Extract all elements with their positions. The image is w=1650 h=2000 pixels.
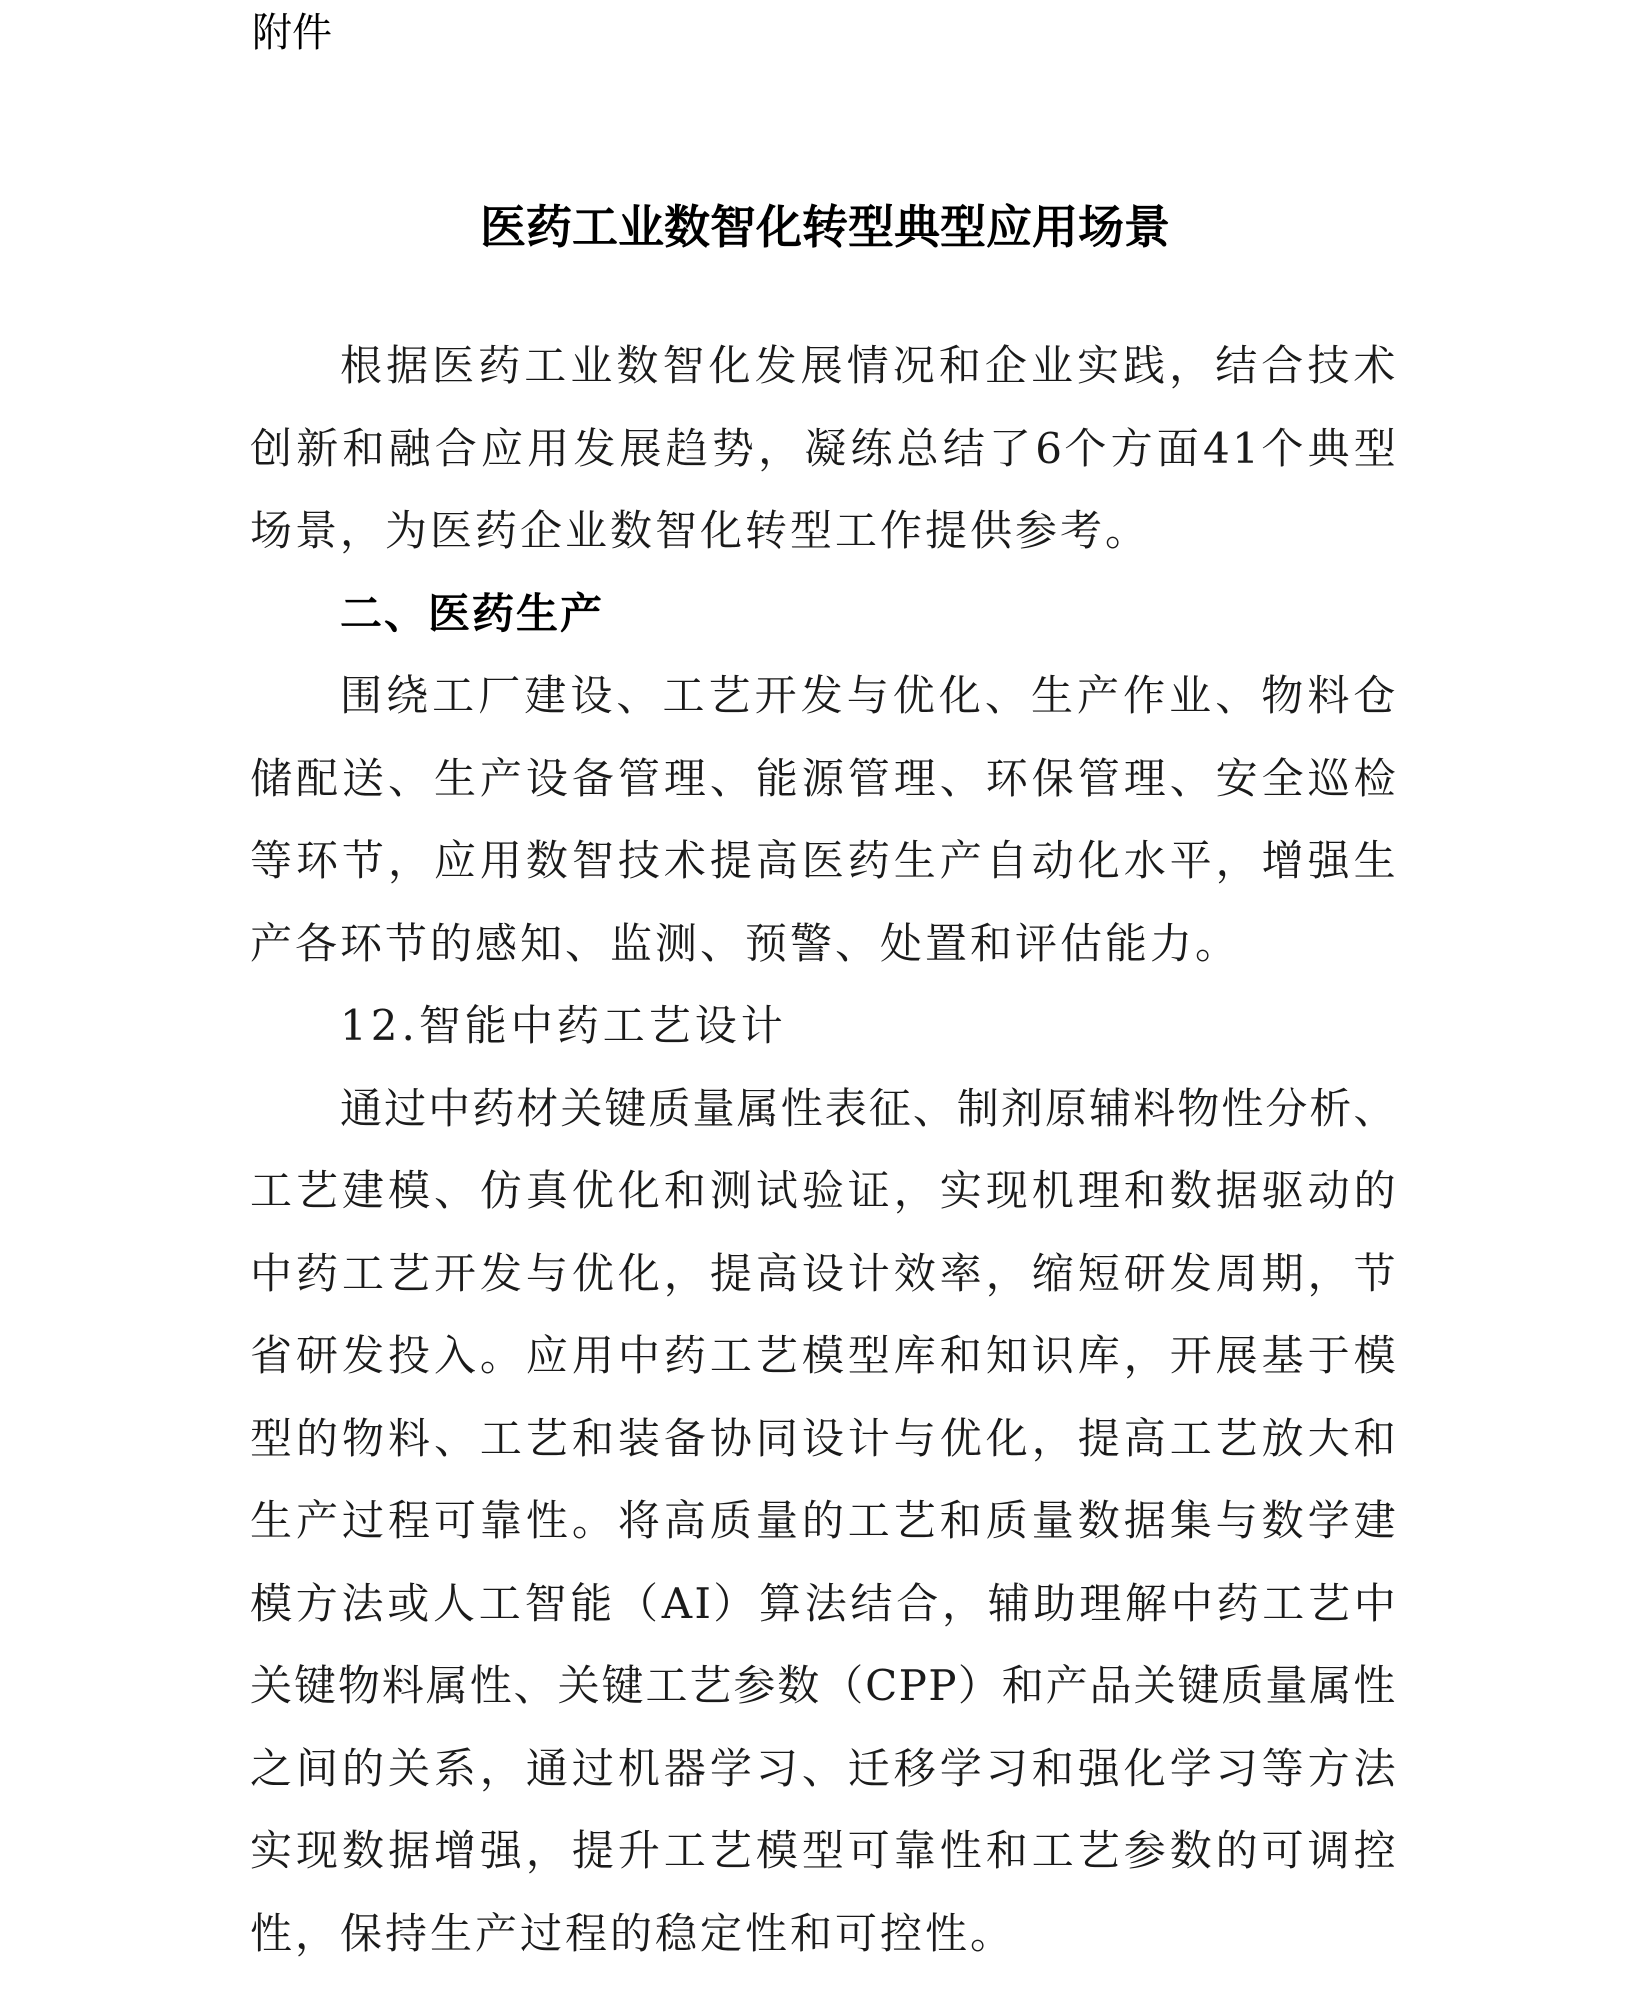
scenario-paragraph: 通 过 中 药 材 关 键 质 量 属 性 表 征 、 制 剂 原 辅 料 物 …	[250, 1068, 1396, 1976]
section-paragraph: 围 绕 工 厂 建 设 、 工 艺 开 发 与 优 化 、 生 产 作 业 、 …	[250, 655, 1396, 985]
intro-line: 根 据 医 药 工 业 数 智 化 发 展 情 况 和 企 业 实 践 ， 结 …	[250, 325, 1396, 408]
scenario-line: 之 间 的 关 系 ， 通 过 机 器 学 习 、 迁 移 学 习 和 强 化 …	[250, 1728, 1396, 1811]
scenario-line: 中 药 工 艺 开 发 与 优 化 ， 提 高 设 计 效 率 ， 缩 短 研 …	[250, 1233, 1396, 1316]
section-line: 等 环 节 ， 应 用 数 智 技 术 提 高 医 药 生 产 自 动 化 水 …	[250, 820, 1396, 903]
scenario-line: 性，保持生产过程的稳定性和可控性。	[250, 1893, 1396, 1976]
document-title: 医药工业数智化转型典型应用场景	[0, 197, 1650, 257]
intro-line: 创 新 和 融 合 应 用 发 展 趋 势 ， 凝 练 总 结 了 6 个 方 …	[250, 408, 1396, 491]
scenario-line: 实 现 数 据 增 强 ， 提 升 工 艺 模 型 可 靠 性 和 工 艺 参 …	[250, 1810, 1396, 1893]
section-line: 围 绕 工 厂 建 设 、 工 艺 开 发 与 优 化 、 生 产 作 业 、 …	[250, 655, 1396, 738]
scenario-line: 关 键 物 料 属 性 、 关 键 工 艺 参 数 （ C P P ） 和 产 …	[250, 1645, 1396, 1728]
scenario-line: 型 的 物 料 、 工 艺 和 装 备 协 同 设 计 与 优 化 ， 提 高 …	[250, 1398, 1396, 1481]
section-line: 储 配 送 、 生 产 设 备 管 理 、 能 源 管 理 、 环 保 管 理 …	[250, 738, 1396, 821]
intro-line: 场景，为医药企业数智化转型工作提供参考。	[250, 490, 1396, 573]
section-line: 产各环节的感知、监测、预警、处置和评估能力。	[250, 903, 1396, 986]
document-body: 根 据 医 药 工 业 数 智 化 发 展 情 况 和 企 业 实 践 ， 结 …	[250, 325, 1396, 1975]
attachment-label: 附件	[252, 8, 332, 58]
scenario-heading: 12.智能中药工艺设计	[250, 985, 1396, 1068]
scenario-line: 工 艺 建 模 、 仿 真 优 化 和 测 试 验 证 ， 实 现 机 理 和 …	[250, 1150, 1396, 1233]
scenario-line: 生 产 过 程 可 靠 性 。 将 高 质 量 的 工 艺 和 质 量 数 据 …	[250, 1480, 1396, 1563]
section-heading: 二、医药生产	[250, 573, 1396, 656]
scenario-line: 通 过 中 药 材 关 键 质 量 属 性 表 征 、 制 剂 原 辅 料 物 …	[250, 1068, 1396, 1151]
intro-paragraph: 根 据 医 药 工 业 数 智 化 发 展 情 况 和 企 业 实 践 ， 结 …	[250, 325, 1396, 573]
scenario-line: 省 研 发 投 入 。 应 用 中 药 工 艺 模 型 库 和 知 识 库 ， …	[250, 1315, 1396, 1398]
scenario-line: 模 方 法 或 人 工 智 能 （ A I ） 算 法 结 合 ， 辅 助 理 …	[250, 1563, 1396, 1646]
